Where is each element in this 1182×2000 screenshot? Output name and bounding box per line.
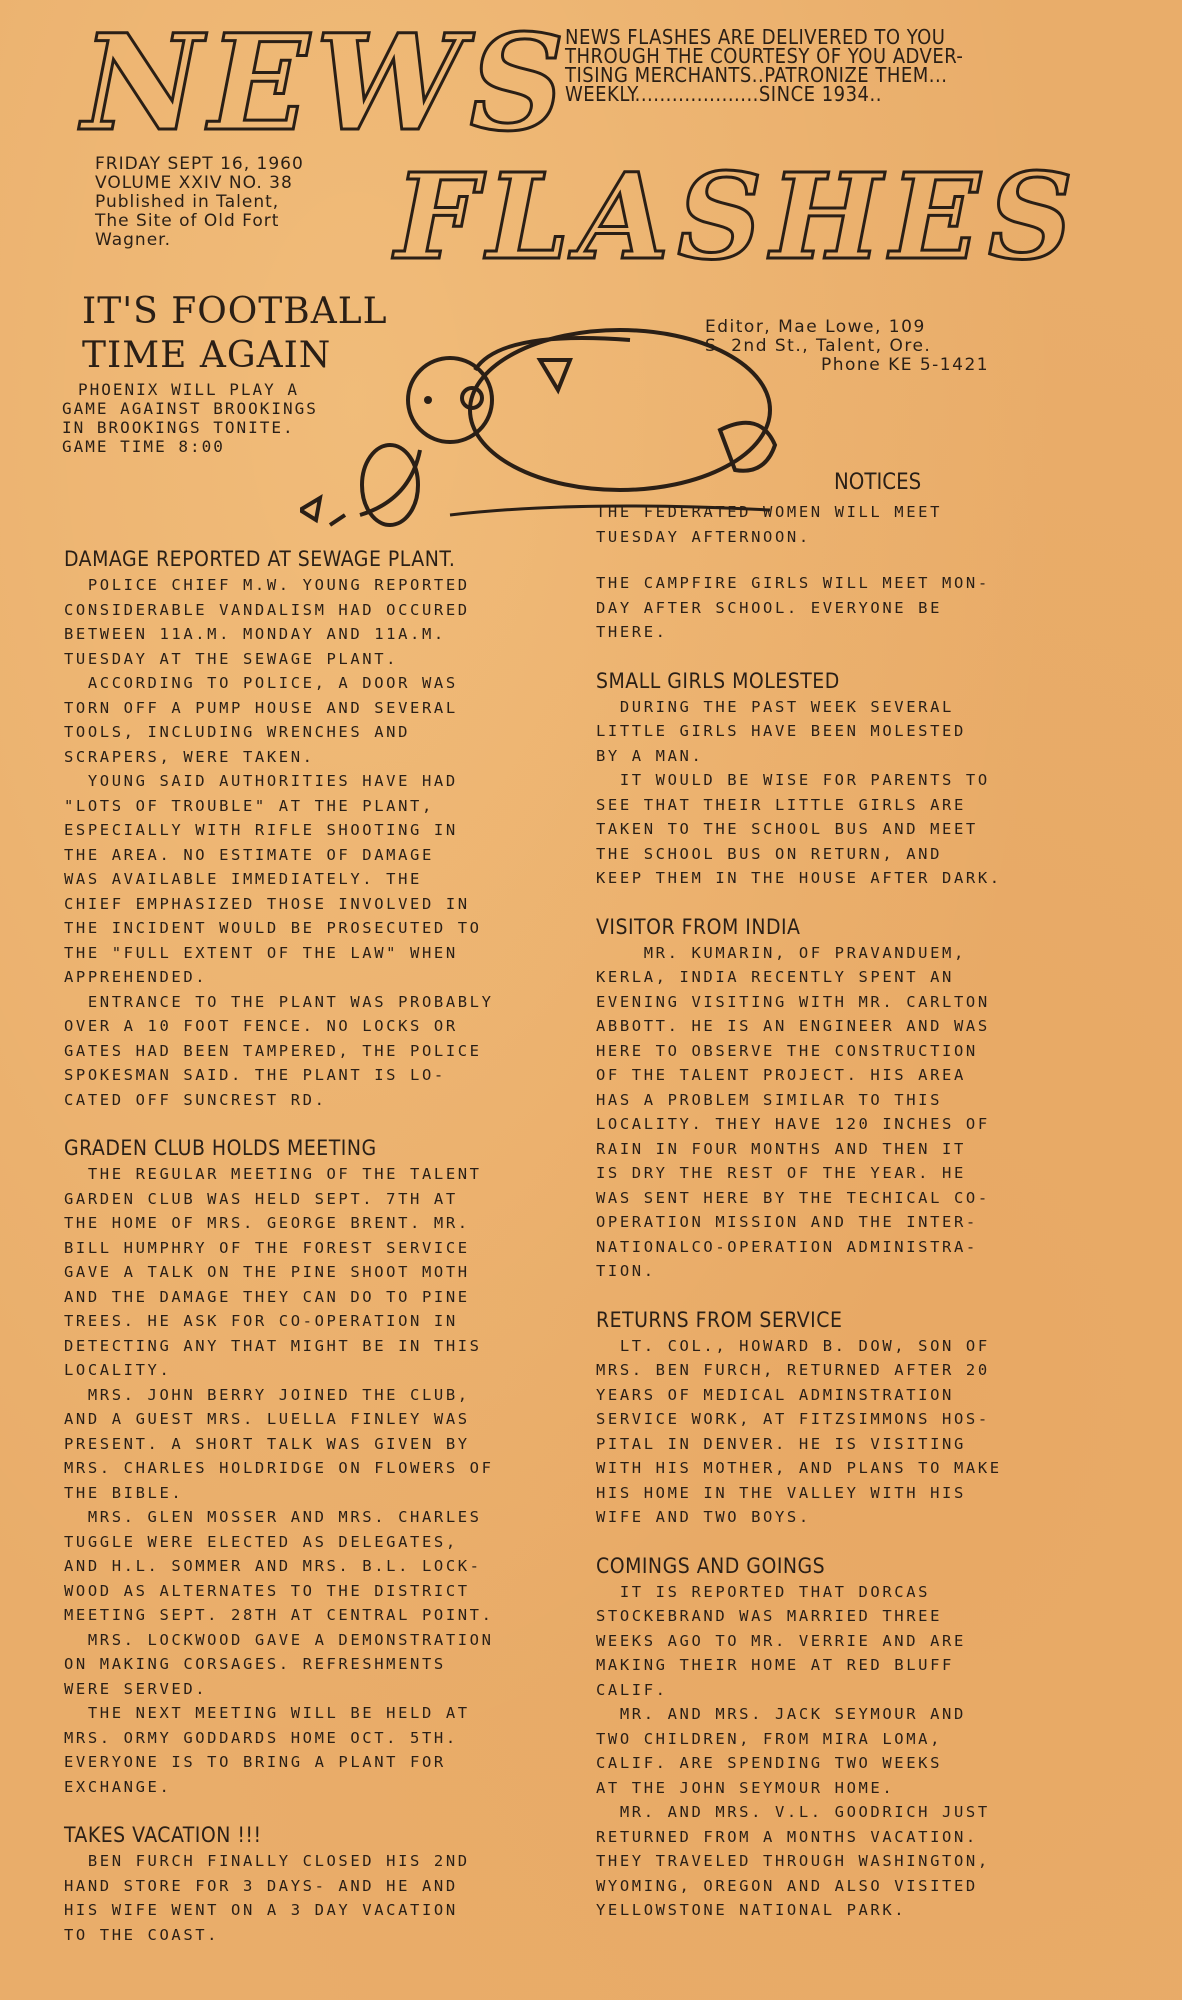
article-line: tools, including wrenches and bbox=[64, 720, 594, 745]
article-line: Entrance to the plant was probably bbox=[64, 990, 594, 1015]
article-line: wife and two boys. bbox=[596, 1505, 1156, 1530]
article-line: Service work, at Fitzsimmons hos- bbox=[596, 1407, 1156, 1432]
article-line: see that their little girls are bbox=[596, 793, 1156, 818]
article-line: Ben Furch finally closed his 2nd bbox=[64, 1849, 594, 1874]
article-line: at the John Seymour home. bbox=[596, 1776, 1156, 1801]
article-line: Garden club was held Sept. 7th at bbox=[64, 1187, 594, 1212]
article-line: returned from a months vacation. bbox=[596, 1825, 1156, 1850]
body-line: game against Brookings bbox=[62, 399, 318, 418]
article-line: detecting any that might be in this bbox=[64, 1334, 594, 1359]
article-line: considerable vandalism had occured bbox=[64, 598, 594, 623]
article-line: was sent here by the Techical Co- bbox=[596, 1186, 1156, 1211]
article-line: of the Talent project. His area bbox=[596, 1063, 1156, 1088]
article-line: locality. bbox=[64, 1358, 594, 1383]
article-line: the school bus on return, and bbox=[596, 842, 1156, 867]
article-line: the area. No estimate of damage bbox=[64, 843, 594, 868]
article-line: Abbott. He is an engineer and was bbox=[596, 1014, 1156, 1039]
publication-place: Published in Talent, bbox=[95, 193, 304, 212]
article-line: They traveled through Washington, bbox=[596, 1849, 1156, 1874]
article-line: Wyoming, Oregon and also visited bbox=[596, 1874, 1156, 1899]
article-line: gave a talk on the pine shoot moth bbox=[64, 1260, 594, 1285]
article-line: Mrs. Ormy Goddards home Oct. 5th. bbox=[64, 1726, 594, 1751]
article-line: The Federated Women will meet bbox=[596, 500, 1156, 525]
article: TAKES VACATION !!! Ben Furch finally clo… bbox=[64, 1821, 594, 1947]
article-line: taken to the school bus and meet bbox=[596, 817, 1156, 842]
article-headline: VISITOR FROM INDIA bbox=[596, 913, 1156, 941]
article-line: Mr. Kumarin, of Pravanduem, bbox=[596, 941, 1156, 966]
article-line: pital in Denver. He is visiting bbox=[596, 1432, 1156, 1457]
article-line: and a guest Mrs. Luella Finley was bbox=[64, 1407, 594, 1432]
article-line: on making corsages. Refreshments bbox=[64, 1652, 594, 1677]
article-line: trees. He ask for co-operation in bbox=[64, 1309, 594, 1334]
article-line: Tuesday afternoon. bbox=[596, 525, 1156, 550]
body-line: Phoenix will play a bbox=[62, 380, 318, 399]
issue-date: FRIDAY SEPT 16, 1960 bbox=[95, 155, 304, 174]
editor-line: Editor, Mae Lowe, 109 bbox=[705, 318, 989, 337]
article-line: Mrs. Ben Furch, returned after 20 bbox=[596, 1358, 1156, 1383]
article-line: making their home at Red Bluff bbox=[596, 1653, 1156, 1678]
dateline: FRIDAY SEPT 16, 1960 VOLUME XXIV NO. 38 … bbox=[95, 155, 304, 250]
left-column: DAMAGE REPORTED AT SEWAGE PLANT. Police … bbox=[64, 545, 594, 1947]
article-line: and H.L. Sommer and Mrs. B.L. Lock- bbox=[64, 1554, 594, 1579]
article-line: little girls have been molested bbox=[596, 719, 1156, 744]
article-line: with his mother, and plans to make bbox=[596, 1456, 1156, 1481]
article-line: weeks ago to Mr. Verrie and are bbox=[596, 1629, 1156, 1654]
article: SMALL GIRLS MOLESTED During the past wee… bbox=[596, 667, 1156, 891]
article-line: Stockebrand was married three bbox=[596, 1604, 1156, 1629]
article-line: nationalCo-Operation Administra- bbox=[596, 1235, 1156, 1260]
article-line: Chief emphasized those involved in bbox=[64, 892, 594, 917]
article-line: Mrs. Lockwood gave a demonstration bbox=[64, 1628, 594, 1653]
masthead-flashes: FLASHES bbox=[395, 158, 1081, 276]
article-line: During the past week several bbox=[596, 695, 1156, 720]
article-line: were served. bbox=[64, 1677, 594, 1702]
article: DAMAGE REPORTED AT SEWAGE PLANT. Police … bbox=[64, 545, 594, 1112]
article-line: The Campfire girls will meet Mon- bbox=[596, 571, 1156, 596]
article-line: his wife went on a 3 day vacation bbox=[64, 1898, 594, 1923]
article-line: keep them in the house after dark. bbox=[596, 866, 1156, 891]
article-line: Mrs. John Berry joined the club, bbox=[64, 1383, 594, 1408]
article-line: Tuesday at the sewage Plant. bbox=[64, 647, 594, 672]
editor-info: Editor, Mae Lowe, 109 S. 2nd St., Talent… bbox=[705, 318, 989, 375]
publication-place: Wagner. bbox=[95, 231, 304, 250]
article-line: years of Medical Adminstration bbox=[596, 1383, 1156, 1408]
article-line: spokesman said. The plant is lo- bbox=[64, 1063, 594, 1088]
article-line: Mr. and Mrs. V.L. Goodrich just bbox=[596, 1800, 1156, 1825]
article-line: the "full extent of the law" when bbox=[64, 941, 594, 966]
article: GRADEN CLUB HOLDS MEETING The regular me… bbox=[64, 1134, 594, 1799]
article-headline: GRADEN CLUB HOLDS MEETING bbox=[64, 1134, 594, 1162]
article-line: Yellowstone National Park. bbox=[596, 1898, 1156, 1923]
editor-phone: Phone KE 5-1421 bbox=[705, 356, 989, 375]
article-line: exchange. bbox=[64, 1775, 594, 1800]
right-column: The Federated Women will meetTuesday aft… bbox=[596, 500, 1156, 1923]
article-line: his home in the valley with his bbox=[596, 1481, 1156, 1506]
article-line: the home of Mrs. George Brent. Mr. bbox=[64, 1211, 594, 1236]
article-line: "lots of trouble" at the plant, bbox=[64, 794, 594, 819]
article-line: here to observe the construction bbox=[596, 1039, 1156, 1064]
article-line: torn off a pump house and several bbox=[64, 696, 594, 721]
article-line: Mr. and Mrs. Jack Seymour and bbox=[596, 1702, 1156, 1727]
article-line: and the damage they can do to pine bbox=[64, 1285, 594, 1310]
article-line: there. bbox=[596, 620, 1156, 645]
article-line: the incident would be prosecuted to bbox=[64, 916, 594, 941]
article-line: Police Chief M.W. Young reported bbox=[64, 573, 594, 598]
article-line: Mrs. Charles Holdridge on flowers of bbox=[64, 1456, 594, 1481]
article-headline: TAKES VACATION !!! bbox=[64, 1821, 594, 1849]
article-line: is dry the rest of the year. He bbox=[596, 1161, 1156, 1186]
body-line: Game time 8:00 bbox=[62, 437, 318, 456]
article-line: meeting Sept. 28th at Central Point. bbox=[64, 1603, 594, 1628]
article-line: between 11a.m. Monday and 11a.m. bbox=[64, 622, 594, 647]
article-line: gates had been tampered, the police bbox=[64, 1039, 594, 1064]
article-line: According to police, a door was bbox=[64, 671, 594, 696]
article-line: wood as alternates to the district bbox=[64, 1579, 594, 1604]
article: The Federated Women will meetTuesday aft… bbox=[596, 500, 1156, 549]
article-line: scrapers, were taken. bbox=[64, 745, 594, 770]
article: VISITOR FROM INDIA Mr. Kumarin, of Prava… bbox=[596, 913, 1156, 1284]
article-line: to the coast. bbox=[64, 1923, 594, 1948]
article-line: rain in four months and then it bbox=[596, 1137, 1156, 1162]
article-line: Lt. Col., Howard B. Dow, son of bbox=[596, 1334, 1156, 1359]
article: The Campfire girls will meet Mon-day aft… bbox=[596, 571, 1156, 645]
article-line: the Bible. bbox=[64, 1481, 594, 1506]
article-headline: COMINGS AND GOINGS bbox=[596, 1552, 1156, 1580]
football-body: Phoenix will play a game against Brookin… bbox=[62, 380, 318, 456]
article-line: It is reported that Dorcas bbox=[596, 1580, 1156, 1605]
volume-number: VOLUME XXIV NO. 38 bbox=[95, 174, 304, 193]
article-line: It would be wise for parents to bbox=[596, 768, 1156, 793]
article-line: tion. bbox=[596, 1259, 1156, 1284]
article-line: Calif. bbox=[596, 1678, 1156, 1703]
article-line: The next meeting will be held at bbox=[64, 1701, 594, 1726]
article-line: apprehended. bbox=[64, 965, 594, 990]
article-line: operation Mission and the Inter- bbox=[596, 1210, 1156, 1235]
article-line: Calif. are spending two weeks bbox=[596, 1751, 1156, 1776]
article-line: two children, from Mira Loma, bbox=[596, 1727, 1156, 1752]
article-line: has a problem similar to this bbox=[596, 1088, 1156, 1113]
article: COMINGS AND GOINGS It is reported that D… bbox=[596, 1552, 1156, 1923]
article-line: over a 10 foot fence. No locks or bbox=[64, 1014, 594, 1039]
publication-place: The Site of Old Fort bbox=[95, 212, 304, 231]
article-headline: RETURNS FROM SERVICE bbox=[596, 1306, 1156, 1334]
body-line: in Brookings tonite. bbox=[62, 418, 318, 437]
article-line: cated off Suncrest Rd. bbox=[64, 1088, 594, 1113]
masthead-news: NEWS bbox=[82, 18, 571, 150]
article-line: Everyone is to bring a plant for bbox=[64, 1750, 594, 1775]
courtesy-notice: NEWS FLASHES ARE DELIVERED TO YOU THROUG… bbox=[565, 28, 1125, 104]
article-line: especially with rifle shooting in bbox=[64, 818, 594, 843]
notices-heading: NOTICES bbox=[834, 470, 921, 495]
editor-line: S. 2nd St., Talent, Ore. bbox=[705, 337, 989, 356]
article: RETURNS FROM SERVICE Lt. Col., Howard B.… bbox=[596, 1306, 1156, 1530]
article-line: The regular meeting of the Talent bbox=[64, 1162, 594, 1187]
article-line: present. A short talk was given by bbox=[64, 1432, 594, 1457]
article-line: by a man. bbox=[596, 744, 1156, 769]
article-line: Young said authorities have had bbox=[64, 769, 594, 794]
article-line: day after school. Everyone be bbox=[596, 596, 1156, 621]
article-headline: DAMAGE REPORTED AT SEWAGE PLANT. bbox=[64, 545, 594, 573]
courtesy-line: WEEKLY....................SINCE 1934.. bbox=[565, 85, 1125, 104]
article-line: Tuggle were elected as delegates, bbox=[64, 1530, 594, 1555]
article-line: Mrs. Glen Mosser and Mrs. Charles bbox=[64, 1505, 594, 1530]
article-headline: SMALL GIRLS MOLESTED bbox=[596, 667, 1156, 695]
article-line: hand store for 3 days- and he and bbox=[64, 1874, 594, 1899]
article-line: locality. They have 120 inches of bbox=[596, 1112, 1156, 1137]
article-line: was available immediately. The bbox=[64, 867, 594, 892]
article-line: Kerla, India recently spent an bbox=[596, 965, 1156, 990]
article-line: evening visiting with Mr. Carlton bbox=[596, 990, 1156, 1015]
article-line: Bill Humphry of the Forest Service bbox=[64, 1236, 594, 1261]
